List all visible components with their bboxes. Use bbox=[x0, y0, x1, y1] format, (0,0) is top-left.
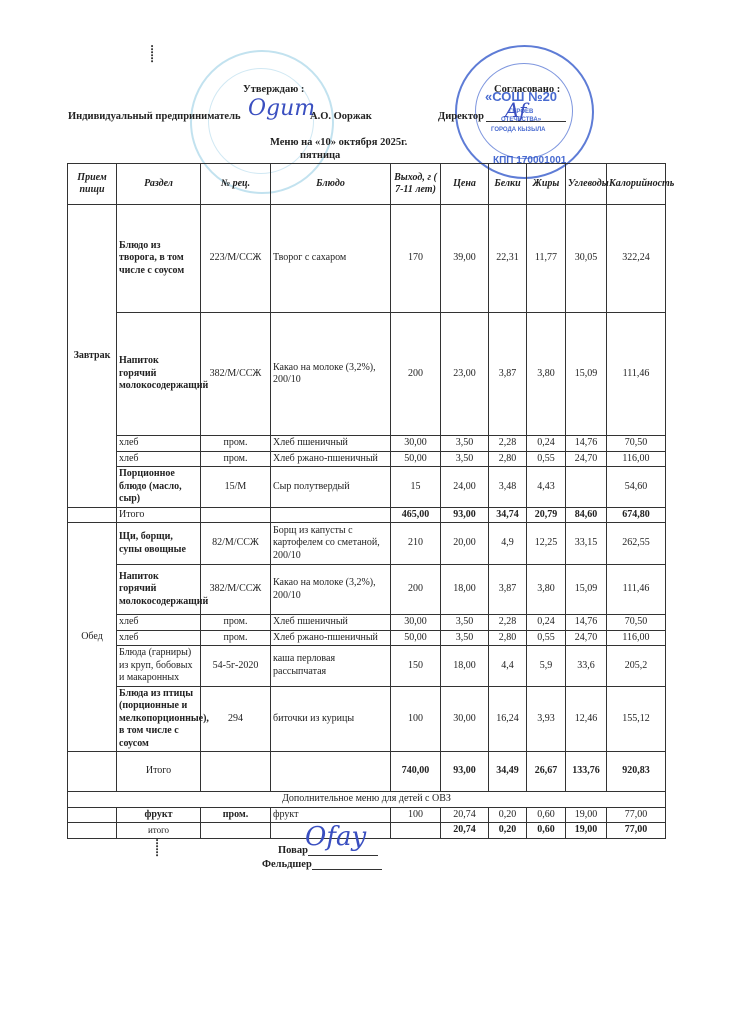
section-cell: Блюда из птицы (порционные и мелкопорцио… bbox=[117, 686, 201, 752]
col-header: Раздел bbox=[117, 164, 201, 205]
menu-table: Прием пищи Раздел № рец. Блюдо Выход, г … bbox=[67, 163, 666, 839]
dish-cell: фрукт bbox=[271, 807, 391, 823]
yield-cell: 50,00 bbox=[391, 630, 441, 646]
dish-cell: Хлеб пшеничный bbox=[271, 436, 391, 452]
table-row: хлеб пром. Хлеб пшеничный 30,00 3,50 2,2… bbox=[68, 436, 666, 452]
recipe-cell: пром. bbox=[201, 451, 271, 467]
protein-cell: 3,87 bbox=[489, 313, 527, 436]
carbs-cell: 15,09 bbox=[566, 313, 607, 436]
price-cell: 3,50 bbox=[441, 615, 489, 631]
protein-cell: 22,31 bbox=[489, 205, 527, 313]
weekday: пятница bbox=[300, 150, 340, 161]
kcal-cell: 116,00 bbox=[607, 630, 666, 646]
protein-cell: 4,4 bbox=[489, 646, 527, 687]
medic-label: Фельдшер bbox=[262, 859, 312, 870]
empty-cell bbox=[271, 752, 391, 792]
carbs-cell: 33,6 bbox=[566, 646, 607, 687]
total-label: Итого bbox=[117, 752, 201, 792]
total-label: Итого bbox=[117, 507, 201, 523]
kcal-cell: 70,50 bbox=[607, 436, 666, 452]
director-label: Директор bbox=[438, 111, 484, 122]
section-cell: Порционное блюдо (масло, сыр) bbox=[117, 467, 201, 508]
fat-cell: 0,55 bbox=[527, 630, 566, 646]
fat-cell: 5,9 bbox=[527, 646, 566, 687]
recipe-cell: 294 bbox=[201, 686, 271, 752]
dish-cell: Какао на молоке (3,2%), 200/10 bbox=[271, 313, 391, 436]
price-cell: 18,00 bbox=[441, 565, 489, 615]
section-cell: Напиток горячий молокосодержащий bbox=[117, 565, 201, 615]
fat-cell: 3,80 bbox=[527, 565, 566, 615]
empty-cell bbox=[201, 752, 271, 792]
protein-cell: 2,28 bbox=[489, 436, 527, 452]
yield-cell: 170 bbox=[391, 205, 441, 313]
total-protein: 0,20 bbox=[489, 823, 527, 839]
cook-label: Повар bbox=[278, 845, 308, 856]
price-cell: 30,00 bbox=[441, 686, 489, 752]
kcal-cell: 155,12 bbox=[607, 686, 666, 752]
table-row: Блюда из птицы (порционные и мелкопорцио… bbox=[68, 686, 666, 752]
table-header-row: Прием пищи Раздел № рец. Блюдо Выход, г … bbox=[68, 164, 666, 205]
total-yield: 740,00 bbox=[391, 752, 441, 792]
fat-cell: 11,77 bbox=[527, 205, 566, 313]
yield-cell: 200 bbox=[391, 565, 441, 615]
kcal-cell: 262,55 bbox=[607, 523, 666, 565]
punch-mark: ⸽ bbox=[150, 42, 154, 64]
price-cell: 20,00 bbox=[441, 523, 489, 565]
empty-cell bbox=[201, 507, 271, 523]
fat-cell: 3,93 bbox=[527, 686, 566, 752]
table-row: хлеб пром. Хлеб пшеничный 30,00 3,50 2,2… bbox=[68, 615, 666, 631]
protein-cell: 3,48 bbox=[489, 467, 527, 508]
total-price: 93,00 bbox=[441, 752, 489, 792]
fat-cell: 0,60 bbox=[527, 807, 566, 823]
price-cell: 18,00 bbox=[441, 646, 489, 687]
dish-cell: Хлеб пшеничный bbox=[271, 615, 391, 631]
protein-cell: 2,80 bbox=[489, 451, 527, 467]
yield-cell: 200 bbox=[391, 313, 441, 436]
total-price: 20,74 bbox=[441, 823, 489, 839]
dish-cell: Творог с сахаром bbox=[271, 205, 391, 313]
table-row: Напиток горячий молокосодержащий 382/М/С… bbox=[68, 313, 666, 436]
price-cell: 24,00 bbox=[441, 467, 489, 508]
kcal-cell: 111,46 bbox=[607, 565, 666, 615]
col-header: Калорийность bbox=[607, 164, 666, 205]
protein-cell: 2,80 bbox=[489, 630, 527, 646]
total-kcal: 674,80 bbox=[607, 507, 666, 523]
yield-cell: 150 bbox=[391, 646, 441, 687]
table-row: хлеб пром. Хлеб ржано-пшеничный 50,00 3,… bbox=[68, 451, 666, 467]
carbs-cell bbox=[566, 467, 607, 508]
recipe-cell: 15/М bbox=[201, 467, 271, 508]
meal-breakfast: Завтрак bbox=[68, 205, 117, 508]
recipe-cell: 382/М/ССЖ bbox=[201, 565, 271, 615]
price-cell: 20,74 bbox=[441, 807, 489, 823]
protein-cell: 4,9 bbox=[489, 523, 527, 565]
total-carbs: 19,00 bbox=[566, 823, 607, 839]
section-cell: Щи, борщи, супы овощные bbox=[117, 523, 201, 565]
empty-cell bbox=[68, 807, 117, 823]
section-cell: хлеб bbox=[117, 436, 201, 452]
dish-cell: Хлеб ржано-пшеничный bbox=[271, 630, 391, 646]
extra-total-row: итого 20,74 0,20 0,60 19,00 77,00 bbox=[68, 823, 666, 839]
entrepreneur-label: Индивидуальный предприниматель bbox=[68, 111, 241, 122]
protein-cell: 0,20 bbox=[489, 807, 527, 823]
total-fat: 0,60 bbox=[527, 823, 566, 839]
recipe-cell: пром. bbox=[201, 807, 271, 823]
table-row: Порционное блюдо (масло, сыр) 15/М Сыр п… bbox=[68, 467, 666, 508]
recipe-cell: пром. bbox=[201, 630, 271, 646]
recipe-cell: пром. bbox=[201, 436, 271, 452]
empty-cell bbox=[68, 823, 117, 839]
col-header: Прием пищи bbox=[68, 164, 117, 205]
total-kcal: 920,83 bbox=[607, 752, 666, 792]
cook-signature: Ofay bbox=[305, 822, 366, 852]
total-label: итого bbox=[117, 823, 201, 839]
section-cell: Блюда (гарниры) из круп, бобовых и макар… bbox=[117, 646, 201, 687]
fat-cell: 4,43 bbox=[527, 467, 566, 508]
fat-cell: 3,80 bbox=[527, 313, 566, 436]
yield-cell: 30,00 bbox=[391, 615, 441, 631]
price-cell: 3,50 bbox=[441, 630, 489, 646]
yield-cell: 100 bbox=[391, 686, 441, 752]
empty-cell bbox=[391, 823, 441, 839]
recipe-cell: 382/М/ССЖ bbox=[201, 313, 271, 436]
fat-cell: 0,55 bbox=[527, 451, 566, 467]
table-row: фрукт пром. фрукт 100 20,74 0,20 0,60 19… bbox=[68, 807, 666, 823]
carbs-cell: 30,05 bbox=[566, 205, 607, 313]
dish-cell: биточки из курицы bbox=[271, 686, 391, 752]
total-yield: 465,00 bbox=[391, 507, 441, 523]
price-cell: 23,00 bbox=[441, 313, 489, 436]
yield-cell: 30,00 bbox=[391, 436, 441, 452]
table-row: Завтрак Блюдо из творога, в том числе с … bbox=[68, 205, 666, 313]
extra-menu-title: Дополнительное меню для детей с ОВЗ bbox=[68, 792, 666, 808]
approve-label: Утверждаю : bbox=[243, 84, 304, 95]
total-carbs: 84,60 bbox=[566, 507, 607, 523]
kcal-cell: 111,46 bbox=[607, 313, 666, 436]
empty-cell bbox=[68, 752, 117, 792]
dish-cell: каша перловая рассыпчатая bbox=[271, 646, 391, 687]
empty-cell bbox=[201, 823, 271, 839]
recipe-cell: 54-5г-2020 bbox=[201, 646, 271, 687]
dish-cell: Сыр полутвердый bbox=[271, 467, 391, 508]
col-header: Блюдо bbox=[271, 164, 391, 205]
kcal-cell: 205,2 bbox=[607, 646, 666, 687]
total-protein: 34,74 bbox=[489, 507, 527, 523]
yield-cell: 50,00 bbox=[391, 451, 441, 467]
col-header: № рец. bbox=[201, 164, 271, 205]
table-row: Блюда (гарниры) из круп, бобовых и макар… bbox=[68, 646, 666, 687]
total-protein: 34,49 bbox=[489, 752, 527, 792]
kcal-cell: 70,50 bbox=[607, 615, 666, 631]
kcal-cell: 116,00 bbox=[607, 451, 666, 467]
table-row: Обед Щи, борщи, супы овощные 82/М/ССЖ Бо… bbox=[68, 523, 666, 565]
section-cell: хлеб bbox=[117, 451, 201, 467]
carbs-cell: 24,70 bbox=[566, 451, 607, 467]
total-price: 93,00 bbox=[441, 507, 489, 523]
col-header: Белки bbox=[489, 164, 527, 205]
fat-cell: 0,24 bbox=[527, 436, 566, 452]
col-header: Цена bbox=[441, 164, 489, 205]
entrepreneur-signature: Ogum bbox=[248, 96, 315, 121]
total-fat: 20,79 bbox=[527, 507, 566, 523]
menu-title: Меню на «10» октября 2025г. bbox=[270, 137, 407, 148]
dish-cell: Борщ из капусты с картофелем со сметаной… bbox=[271, 523, 391, 565]
stamp-line3: ГОРОДА КЫЗЫЛА bbox=[491, 127, 546, 133]
section-cell: хлеб bbox=[117, 630, 201, 646]
punch-mark: ⸽ bbox=[155, 836, 159, 858]
dish-cell: Какао на молоке (3,2%), 200/10 bbox=[271, 565, 391, 615]
carbs-cell: 12,46 bbox=[566, 686, 607, 752]
recipe-cell: пром. bbox=[201, 615, 271, 631]
price-cell: 3,50 bbox=[441, 436, 489, 452]
medic-signature-line: Фельдшер bbox=[262, 859, 382, 870]
protein-cell: 3,87 bbox=[489, 565, 527, 615]
dish-cell: Хлеб ржано-пшеничный bbox=[271, 451, 391, 467]
section-cell: Блюдо из творога, в том числе с соусом bbox=[117, 205, 201, 313]
extra-menu-title-row: Дополнительное меню для детей с ОВЗ bbox=[68, 792, 666, 808]
price-cell: 3,50 bbox=[441, 451, 489, 467]
carbs-cell: 19,00 bbox=[566, 807, 607, 823]
kcal-cell: 77,00 bbox=[607, 807, 666, 823]
fat-cell: 12,25 bbox=[527, 523, 566, 565]
total-kcal: 77,00 bbox=[607, 823, 666, 839]
director-signature: Af bbox=[505, 98, 527, 122]
carbs-cell: 24,70 bbox=[566, 630, 607, 646]
lunch-total-row: Итого 740,00 93,00 34,49 26,67 133,76 92… bbox=[68, 752, 666, 792]
section-cell: хлеб bbox=[117, 615, 201, 631]
kcal-cell: 322,24 bbox=[607, 205, 666, 313]
meal-lunch: Обед bbox=[68, 523, 117, 752]
carbs-cell: 15,09 bbox=[566, 565, 607, 615]
col-header: Жиры bbox=[527, 164, 566, 205]
section-cell: Напиток горячий молокосодержащий bbox=[117, 313, 201, 436]
carbs-cell: 14,76 bbox=[566, 615, 607, 631]
fat-cell: 0,24 bbox=[527, 615, 566, 631]
total-fat: 26,67 bbox=[527, 752, 566, 792]
section-cell: фрукт bbox=[117, 807, 201, 823]
yield-cell: 210 bbox=[391, 523, 441, 565]
recipe-cell: 223/М/ССЖ bbox=[201, 205, 271, 313]
empty-cell bbox=[68, 507, 117, 523]
carbs-cell: 14,76 bbox=[566, 436, 607, 452]
protein-cell: 16,24 bbox=[489, 686, 527, 752]
yield-cell: 15 bbox=[391, 467, 441, 508]
protein-cell: 2,28 bbox=[489, 615, 527, 631]
kcal-cell: 54,60 bbox=[607, 467, 666, 508]
col-header: Углеводы bbox=[566, 164, 607, 205]
table-row: Напиток горячий молокосодержащий 382/М/С… bbox=[68, 565, 666, 615]
entrepreneur-name: А.О. Ооржак bbox=[310, 111, 372, 122]
breakfast-total-row: Итого 465,00 93,00 34,74 20,79 84,60 674… bbox=[68, 507, 666, 523]
carbs-cell: 33,15 bbox=[566, 523, 607, 565]
recipe-cell: 82/М/ССЖ bbox=[201, 523, 271, 565]
price-cell: 39,00 bbox=[441, 205, 489, 313]
col-header: Выход, г ( 7-11 лет) bbox=[391, 164, 441, 205]
table-row: хлеб пром. Хлеб ржано-пшеничный 50,00 3,… bbox=[68, 630, 666, 646]
empty-cell bbox=[271, 507, 391, 523]
yield-cell: 100 bbox=[391, 807, 441, 823]
total-carbs: 133,76 bbox=[566, 752, 607, 792]
agreed-label: Согласовано : bbox=[494, 84, 560, 95]
